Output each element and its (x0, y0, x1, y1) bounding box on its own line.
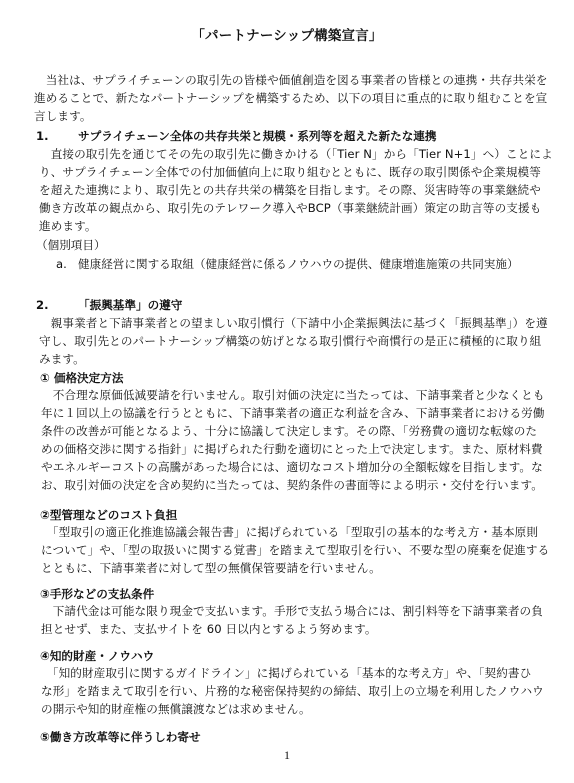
page-title: 「パートナーシップ構築宣言」 (0, 24, 574, 44)
text-line: な形」を踏まえて取引を行い、片務的な秘密保持契約の締結、取引上の立場を利用したノ… (41, 682, 544, 700)
text-line: 当社は、サプライチェーンの取引先の皆様や価値創造を図る事業者の皆様との連携・共存… (34, 71, 548, 89)
individual-items-label: （個別項目） (36, 237, 106, 253)
text-line: 進めます。 (39, 217, 553, 235)
text-line: 下請代金は可能な限り現金で支払います。手形で支払う場合には、割引料等を下請事業者… (41, 602, 543, 620)
text-line: を超えた連携により、取引先との共存共栄の構築を目指します。その際、災害時等の事業… (39, 181, 553, 199)
text-line: 不合理な原価低減要請を行いません。取引対価の決定に当たっては、下請事業者と少なく… (41, 386, 545, 404)
text-line: 担とせず、また、支払サイトを 60 日以内とするよう努めます。 (41, 620, 543, 638)
subsection-body-price: 不合理な原価低減要請を行いません。取引対価の決定に当たっては、下請事業者と少なく… (41, 386, 545, 494)
document-page: 「パートナーシップ構築宣言」 当社は、サプライチェーンの取引先の皆様や価値創造を… (0, 0, 574, 783)
text-line: 年に１回以上の協議を行うとともに、下請事業者の適正な利益を含み、下請事業者におけ… (41, 404, 545, 422)
section-title: サプライチェーン全体の共存共栄と規模・系列等を超えた新たな連携 (78, 129, 436, 143)
text-line: お、取引対価の決定を含め契約に当たっては、契約条件の書面等による明示・交付を行い… (41, 476, 545, 494)
section-title: 「振興基準」の遵守 (78, 298, 182, 312)
subsection-body-mold: 「型取引の適正化推進協議会報告書」に掲げられている「型取引の基本的な考え方・基本… (41, 523, 549, 577)
section-1-body: 直接の取引先を通じてその先の取引先に働きかける（「Tier N」から「Tier … (39, 145, 553, 235)
subsection-heading-workstyle: ⑤働き方改革等に伴うしわ寄せ (40, 729, 201, 745)
subsection-heading-mold: ②型管理などのコスト負担 (40, 507, 177, 523)
text-line: 言します。 (34, 107, 548, 125)
text-line: とともに、下請事業者に対して型の無償保管要請を行いません。 (41, 559, 549, 577)
subsection-body-ip: 「知的財産取引に関するガイドライン」に掲げられている「基本的な考え方」や、「契約… (41, 664, 544, 718)
text-line: 進めることで、新たなパートナーシップを構築するため、以下の項目に重点的に取り組む… (34, 89, 548, 107)
text-line: について」や、「型の取扱いに関する覚書」を踏まえて型取引を行い、不要な型の廃棄を… (41, 541, 549, 559)
subsection-body-payment: 下請代金は可能な限り現金で支払います。手形で支払う場合には、割引料等を下請事業者… (41, 602, 543, 638)
text-line: 「知的財産取引に関するガイドライン」に掲げられている「基本的な考え方」や、「契約… (41, 664, 544, 682)
section-1-heading: 1.サプライチェーン全体の共存共栄と規模・系列等を超えた新たな連携 (36, 128, 436, 144)
text-line: り、サプライチェーン全体での付加価値向上に取り組むとともに、既存の取引関係や企業… (39, 163, 553, 181)
section-2-body: 親事業者と下請事業者との望ましい取引慣行（下請中小企業振興法に基づく「振興基準」… (39, 314, 548, 368)
item-marker: a. (56, 257, 78, 271)
section-number: 1. (36, 129, 78, 143)
text-line: みます。 (39, 350, 548, 368)
section-number: 2. (36, 298, 78, 312)
text-line: やエネルギーコストの高騰があった場合には、適切なコスト増加分の全額転嫁を目指しま… (41, 458, 545, 476)
text-line: 「型取引の適正化推進協議会報告書」に掲げられている「型取引の基本的な考え方・基本… (41, 523, 549, 541)
item-text: 健康経営に関する取組（健康経営に係るノウハウの提供、健康増進施策の共同実施） (78, 257, 519, 271)
text-line: 守し、取引先とのパートナーシップ構築の妨げとなる取引慣行や商慣行の是正に積極的に… (39, 332, 548, 350)
text-line: 直接の取引先を通じてその先の取引先に働きかける（「Tier N」から「Tier … (39, 145, 553, 163)
intro-paragraph: 当社は、サプライチェーンの取引先の皆様や価値創造を図る事業者の皆様との連携・共存… (34, 71, 548, 125)
text-line: 条件の改善が可能となるよう、十分に協議して決定します。その際、「労務費の適切な転… (41, 422, 545, 440)
text-line: の開示や知的財産権の無償譲渡などは求めません。 (41, 700, 544, 718)
subsection-heading-payment: ③手形などの支払条件 (40, 586, 154, 602)
individual-item: a.健康経営に関する取組（健康経営に係るノウハウの提供、健康増進施策の共同実施） (56, 256, 519, 272)
section-2-heading: 2.「振興基準」の遵守 (36, 297, 182, 313)
text-line: めの価格交渉に関する指針」に掲げられた行動を適切にとった上で決定します。また、原… (41, 440, 545, 458)
subsection-heading-ip: ④知的財産・ノウハウ (40, 648, 154, 664)
page-number: 1 (0, 748, 574, 763)
subsection-heading-price: ① 価格決定方法 (40, 370, 123, 386)
text-line: 親事業者と下請事業者との望ましい取引慣行（下請中小企業振興法に基づく「振興基準」… (39, 314, 548, 332)
text-line: 働き方改革の観点から、取引先のテレワーク導入やBCP（事業継続計画）策定の助言等… (39, 199, 553, 217)
